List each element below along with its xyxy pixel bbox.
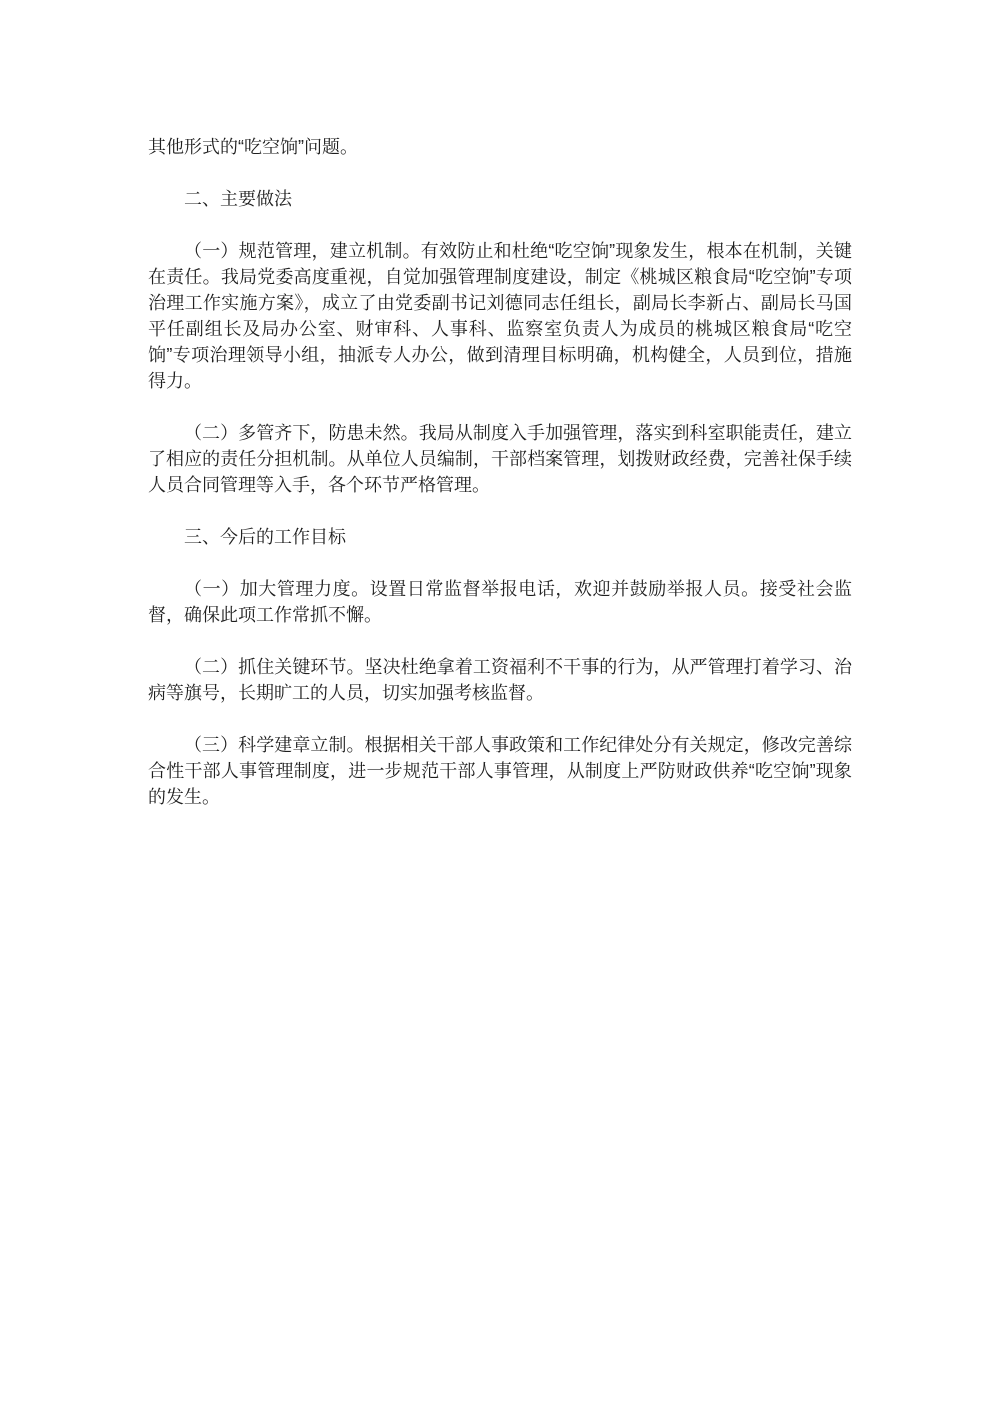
paragraph-continuation: 其他形式的“吃空饷”问题。 (148, 134, 852, 160)
paragraph-multi-pronged-prevention: （二）多管齐下，防患未然。我局从制度入手加强管理，落实到科室职能责任，建立了相应… (148, 420, 852, 498)
paragraph-key-links: （二）抓住关键环节。坚决杜绝拿着工资福利不干事的行为，从严管理打着学习、治病等旗… (148, 654, 852, 706)
document-body: 其他形式的“吃空饷”问题。 二、主要做法 （一）规范管理，建立机制。有效防止和杜… (148, 134, 852, 836)
document-page: 其他形式的“吃空饷”问题。 二、主要做法 （一）规范管理，建立机制。有效防止和杜… (0, 0, 1000, 1415)
paragraph-institution-building: （三）科学建章立制。根据相关干部人事政策和工作纪律处分有关规定，修改完善综合性干… (148, 732, 852, 810)
paragraph-strengthen-supervision: （一）加大管理力度。设置日常监督举报电话，欢迎并鼓励举报人员。接受社会监督，确保… (148, 576, 852, 628)
paragraph-standardize-management: （一）规范管理，建立机制。有效防止和杜绝“吃空饷”现象发生，根本在机制，关键在责… (148, 238, 852, 394)
section-heading-future-goals: 三、今后的工作目标 (148, 524, 852, 550)
section-heading-main-practices: 二、主要做法 (148, 186, 852, 212)
